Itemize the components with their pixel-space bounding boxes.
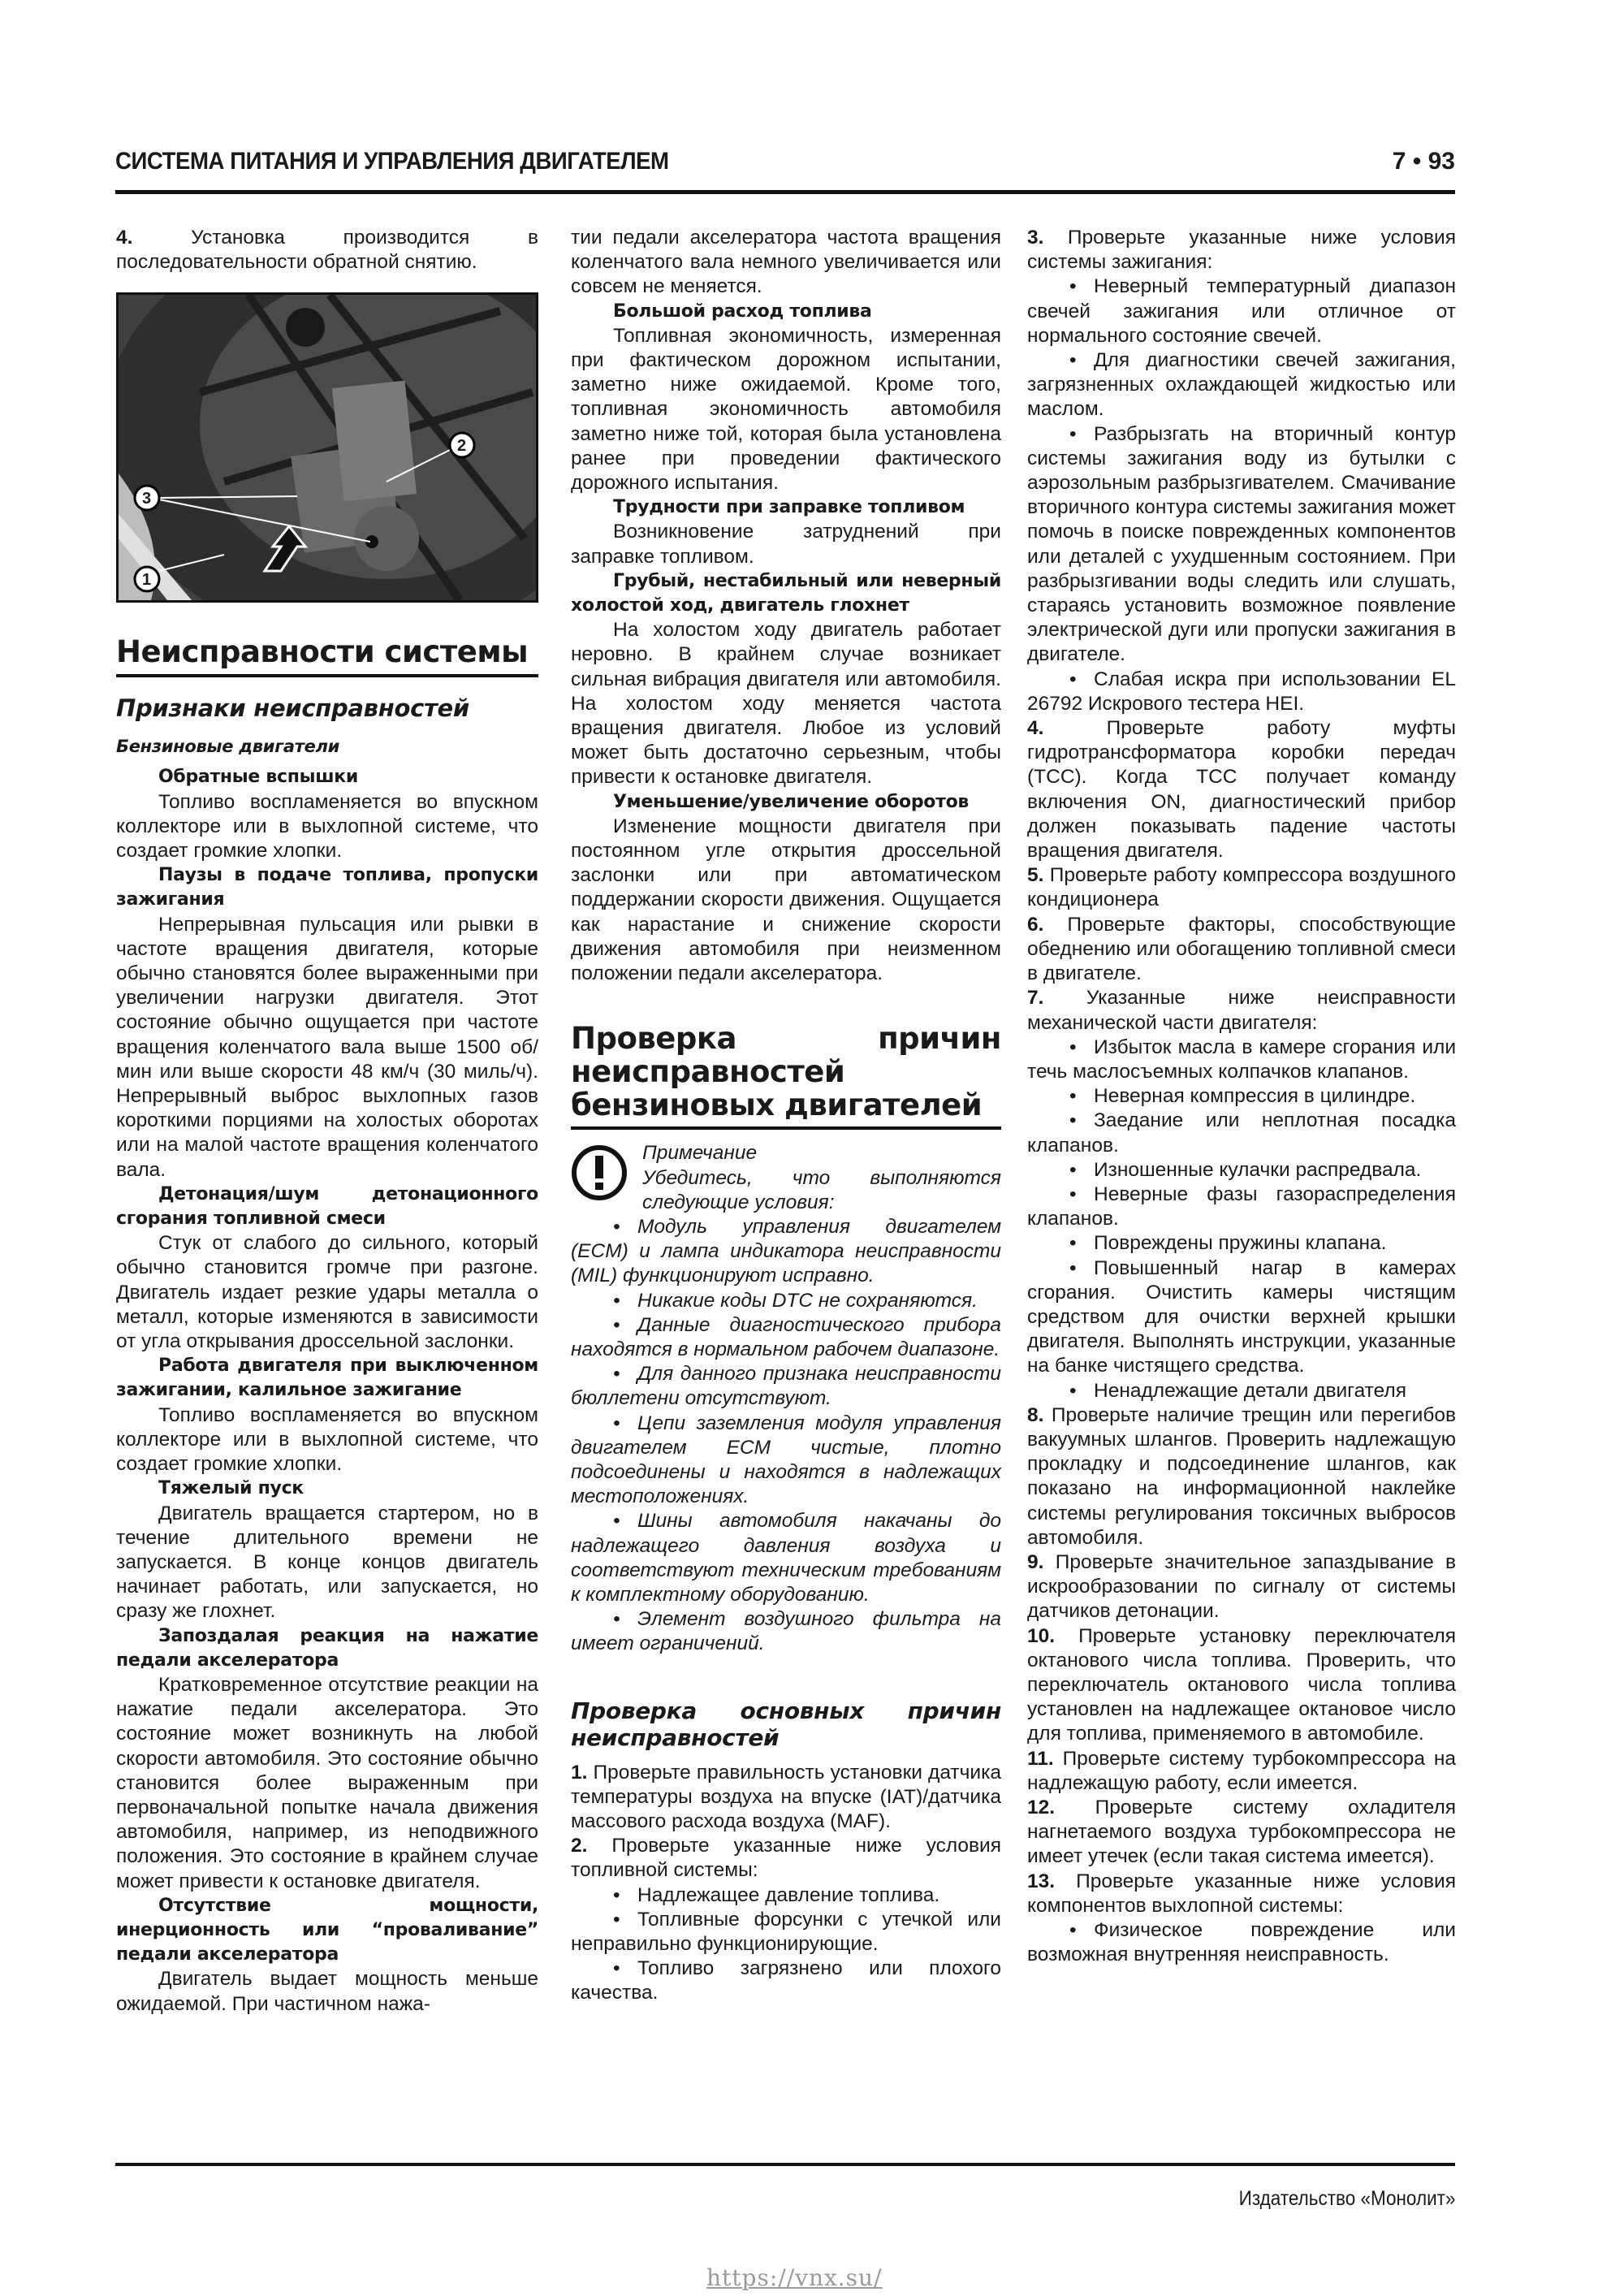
chapter-title: СИСТЕМА ПИТАНИЯ И УПРАВЛЕНИЯ ДВИГАТЕЛЕМ bbox=[115, 148, 669, 175]
check-bullet: •Топливо загрязнено или плохого качества… bbox=[571, 1957, 1001, 2005]
continuation-text: тии педали акселератора частота вращения… bbox=[571, 226, 1001, 300]
check-step: 2. Проверьте указанные ниже условия топл… bbox=[571, 1834, 1001, 1883]
check-bullet: •Заедание или неплотная посадка клапанов… bbox=[1027, 1109, 1456, 1157]
check-bullet: •Разбрызгать на вторичный контур системы… bbox=[1027, 422, 1456, 668]
symptom-text: Двигатель выдает мощность меньше ожидаем… bbox=[116, 1967, 538, 2016]
symptom-text: На холостом ходу двигатель работает неро… bbox=[571, 618, 1001, 789]
callout-1: 1 bbox=[142, 568, 151, 592]
manual-page: СИСТЕМА ПИТАНИЯ И УПРАВЛЕНИЯ ДВИГАТЕЛЕМ … bbox=[0, 0, 1624, 2296]
column-left: 4. Установка производится в последовател… bbox=[116, 226, 538, 2017]
note-bullet: •Данные диагностического прибора находят… bbox=[571, 1313, 1001, 1362]
check-step: 5. Проверьте работу компрессора воздушно… bbox=[1027, 863, 1456, 912]
check-bullet: •Физическое повреждение или возможная вн… bbox=[1027, 1918, 1456, 1967]
note-bullet: •Никакие коды DTC не сохраняются. bbox=[571, 1289, 1001, 1313]
check-bullet: •Изношенные кулачки распредвала. bbox=[1027, 1158, 1456, 1183]
column-right: 3. Проверьте указанные ниже условия сист… bbox=[1027, 226, 1456, 1967]
check-bullet: •Повышенный нагар в камерах сгорания. Оч… bbox=[1027, 1256, 1456, 1379]
symptom-text: Двигатель вращается стартером, но в тече… bbox=[116, 1502, 538, 1624]
check-step: 9. Проверьте значительное запаздывание в… bbox=[1027, 1550, 1456, 1624]
symptom-title: Паузы в подаче топлива, пропуски зажиган… bbox=[116, 863, 538, 912]
header-rule bbox=[115, 190, 1455, 194]
check-bullet: •Слабая искра при использовании EL 26792… bbox=[1027, 668, 1456, 716]
check-bullet: •Неверная компрессия в цилиндре. bbox=[1027, 1084, 1456, 1109]
check-step: 3. Проверьте указанные ниже условия сист… bbox=[1027, 226, 1456, 275]
note-bullet: •Шины автомобиля накачаны до надлежащего… bbox=[571, 1509, 1001, 1607]
check-bullet: •Топливные форсунки с утечкой или неправ… bbox=[571, 1908, 1001, 1957]
step-number: 4. bbox=[116, 227, 132, 249]
symptom-title: Тяжелый пуск bbox=[116, 1477, 538, 1501]
exclamation-icon bbox=[571, 1144, 628, 1201]
check-bullet: •Ненадлежащие детали двигателя bbox=[1027, 1379, 1456, 1403]
note-bullet: •Модуль управления двигателем (ECM) и ла… bbox=[571, 1215, 1001, 1289]
check-bullet: •Надлежащее давление топлива. bbox=[571, 1883, 1001, 1908]
symptom-title: Обратные вспышки bbox=[116, 765, 538, 789]
symptom-text: Топливная экономичность, измеренная при … bbox=[571, 324, 1001, 495]
engine-photo-illustration bbox=[119, 295, 536, 600]
check-step: 1. Проверьте правильность установки датч… bbox=[571, 1761, 1001, 1835]
note-bullet: •Цепи заземления модуля управления двига… bbox=[571, 1412, 1001, 1510]
footer-rule bbox=[115, 2163, 1455, 2166]
callout-3: 3 bbox=[142, 486, 151, 511]
check-bullet: •Повреждены пружины клапана. bbox=[1027, 1231, 1456, 1256]
symptom-title: Запоздалая реакция на нажатие педали акс… bbox=[116, 1624, 538, 1673]
symptom-text: Стук от слабого до сильного, который обы… bbox=[116, 1231, 538, 1354]
symptom-text: Непрерывная пульсация или рывки в частот… bbox=[116, 913, 538, 1183]
subsection-heading: Признаки неисправностей bbox=[116, 694, 538, 723]
check-step: 11. Проверьте систему турбокомпрессора н… bbox=[1027, 1747, 1456, 1796]
column-middle: тии педали акселератора частота вращения… bbox=[571, 226, 1001, 2006]
check-step: 13. Проверьте указанные ниже условия ком… bbox=[1027, 1870, 1456, 1918]
callout-2: 2 bbox=[457, 434, 466, 458]
publisher-name: Издательство «Монолит» bbox=[1238, 2187, 1455, 2211]
check-bullet: •Неверные фазы газораспределения клапано… bbox=[1027, 1183, 1456, 1231]
running-header: СИСТЕМА ПИТАНИЯ И УПРАВЛЕНИЯ ДВИГАТЕЛЕМ … bbox=[115, 148, 1455, 188]
page-number: 7 • 93 bbox=[1393, 148, 1455, 175]
step-text: Установка производится в последовательно… bbox=[116, 227, 538, 273]
symptom-title: Уменьшение/увеличение оборотов bbox=[571, 790, 1001, 815]
note-intro: Убедитесь, что выполняются следующие усл… bbox=[571, 1166, 1001, 1215]
check-step: 4. Проверьте работу муфты гидротрансформ… bbox=[1027, 716, 1456, 863]
check-bullet: •Избыток масла в камере сгорания или теч… bbox=[1027, 1036, 1456, 1084]
note-box: Примечание Убедитесь, что выполняются сл… bbox=[571, 1141, 1001, 1656]
symptom-title: Работа двигателя при выключенном зажиган… bbox=[116, 1354, 538, 1403]
note-bullet: •Элемент воздушного фильтра на имеет огр… bbox=[571, 1607, 1001, 1656]
check-step: 7. Указанные ниже неисправности механиче… bbox=[1027, 986, 1456, 1035]
subsubsection-heading: Бензиновые двигатели bbox=[116, 734, 538, 759]
section-heading: Проверка причин неисправностей бензиновы… bbox=[571, 1022, 1001, 1130]
check-step: 8. Проверьте наличие трещин или перегибо… bbox=[1027, 1403, 1456, 1550]
check-step: 10. Проверьте установку переключателя ок… bbox=[1027, 1624, 1456, 1747]
symptom-title: Грубый, нестабильный или неверный холост… bbox=[571, 569, 1001, 618]
check-bullet: •Для диагностики свечей зажигания, загря… bbox=[1027, 348, 1456, 422]
figure-photo: 1 3 2 bbox=[116, 292, 538, 603]
symptom-text: Изменение мощности двигателя при постоян… bbox=[571, 815, 1001, 986]
check-bullet: •Неверный температурный диапазон свечей … bbox=[1027, 275, 1456, 348]
watermark-link[interactable]: https://vnx.su/ bbox=[706, 2264, 883, 2291]
note-bullet: •Для данного признака неисправности бюлл… bbox=[571, 1362, 1001, 1411]
symptom-text: Кратковременное отсутствие реакции на на… bbox=[116, 1673, 538, 1894]
install-step: 4. Установка производится в последовател… bbox=[116, 226, 538, 275]
symptom-title: Большой расход топлива bbox=[571, 300, 1001, 324]
symptom-title: Отсутствие мощности, инерционность или “… bbox=[116, 1894, 538, 1968]
subsection-heading: Проверка основных причин неисправностей bbox=[571, 1697, 1001, 1751]
symptom-title: Трудности при заправке топливом bbox=[571, 495, 1001, 520]
note-label: Примечание bbox=[571, 1141, 1001, 1165]
check-step: 6. Проверьте факторы, способствующие обе… bbox=[1027, 913, 1456, 987]
symptom-title: Детонация/шум детонационного сгорания то… bbox=[116, 1183, 538, 1231]
symptom-text: Топливо воспламеняется во впускном колле… bbox=[116, 1403, 538, 1477]
symptom-text: Топливо воспламеняется во впускном колле… bbox=[116, 790, 538, 864]
symptom-text: Возникновение затруднений при заправке т… bbox=[571, 520, 1001, 569]
section-heading: Неисправности системы bbox=[116, 635, 538, 677]
check-step: 12. Проверьте систему охладителя нагнета… bbox=[1027, 1796, 1456, 1870]
